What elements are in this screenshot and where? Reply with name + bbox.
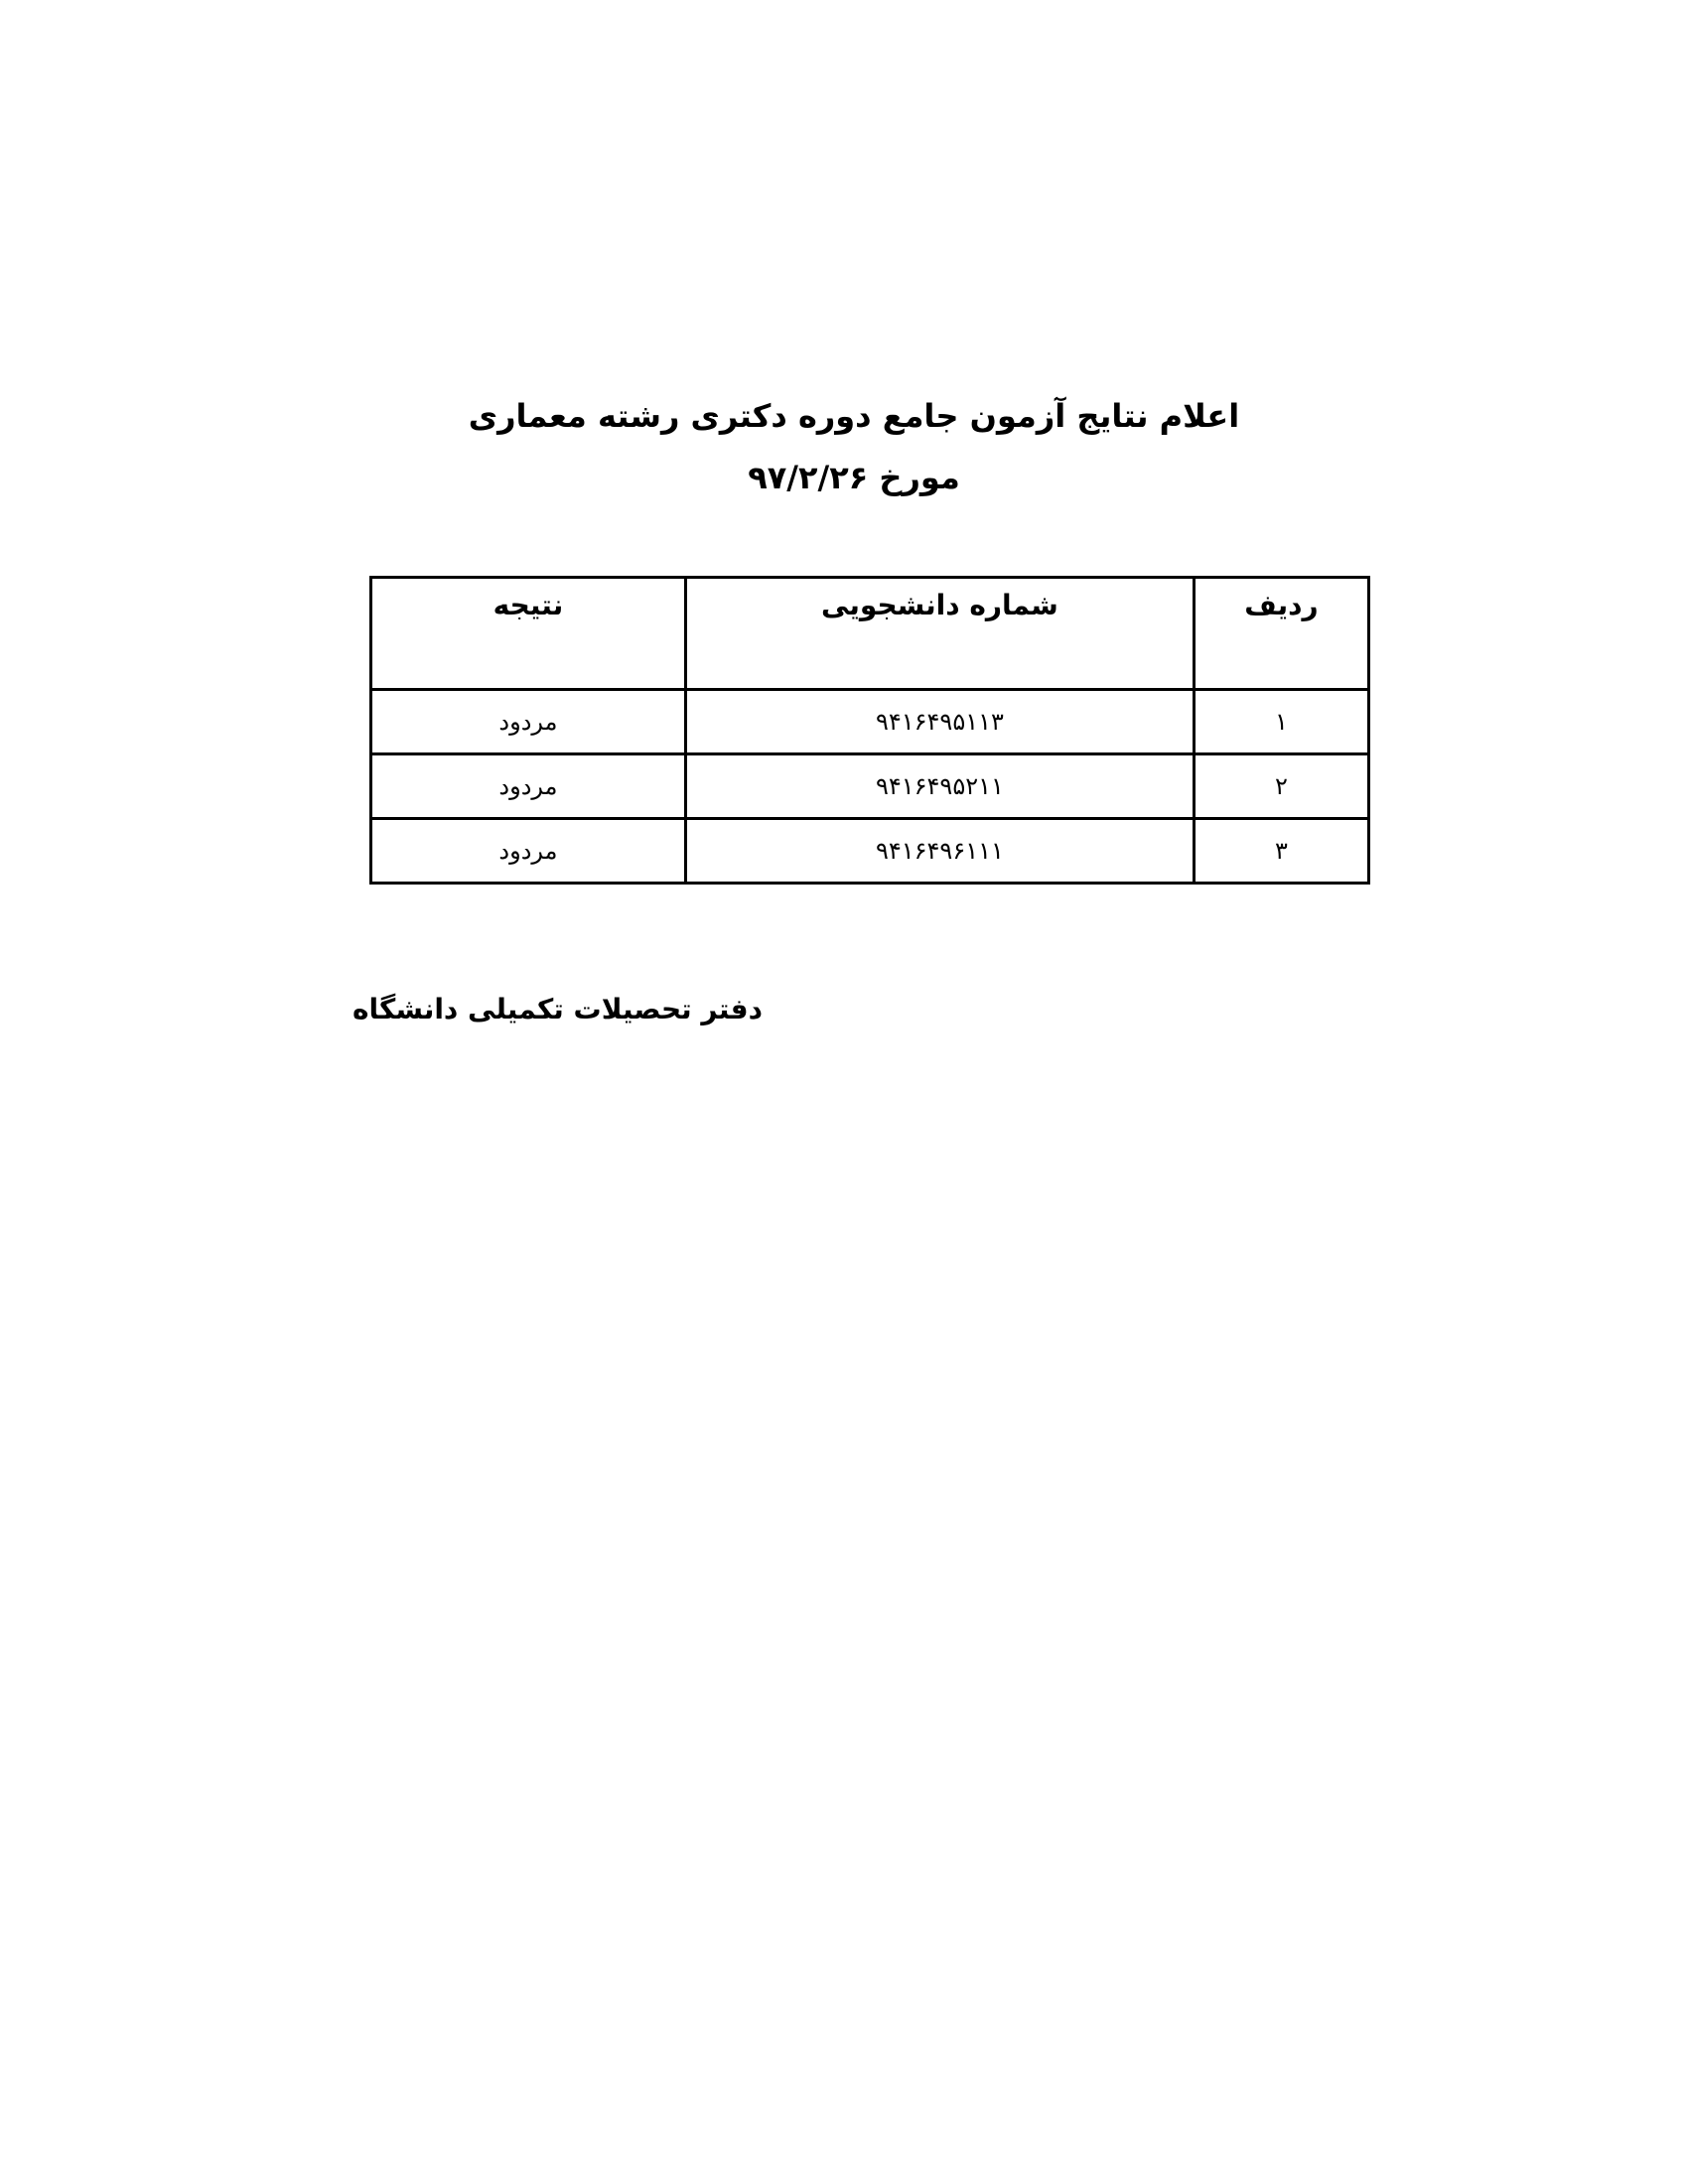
cell-result: مردود: [371, 754, 686, 819]
cell-result: مردود: [371, 690, 686, 754]
cell-row-number: ۲: [1194, 754, 1368, 819]
table-row: ۳ ۹۴۱۶۴۹۶۱۱۱ مردود: [371, 819, 1369, 884]
document-title: اعلام نتایج آزمون جامع دوره دکتری رشته م…: [10, 397, 1688, 435]
cell-result: مردود: [371, 819, 686, 884]
cell-row-number: ۳: [1194, 819, 1368, 884]
cell-student-id: ۹۴۱۶۴۹۵۱۱۳: [685, 690, 1194, 754]
table-header-row: ردیف شماره دانشجویی نتیجه: [371, 578, 1369, 690]
cell-student-id: ۹۴۱۶۴۹۵۲۱۱: [685, 754, 1194, 819]
cell-row-number: ۱: [1194, 690, 1368, 754]
table-row: ۲ ۹۴۱۶۴۹۵۲۱۱ مردود: [371, 754, 1369, 819]
document-date: مورخ ۹۷/۲/۲۶: [10, 459, 1688, 496]
footer-signature: دفتر تحصیلات تکمیلی دانشگاه: [352, 993, 763, 1025]
results-table: ردیف شماره دانشجویی نتیجه ۱ ۹۴۱۶۴۹۵۱۱۳ م…: [369, 576, 1370, 885]
cell-student-id: ۹۴۱۶۴۹۶۱۱۱: [685, 819, 1194, 884]
header-result: نتیجه: [371, 578, 686, 690]
header-row-number: ردیف: [1194, 578, 1368, 690]
header-student-id: شماره دانشجویی: [685, 578, 1194, 690]
table-row: ۱ ۹۴۱۶۴۹۵۱۱۳ مردود: [371, 690, 1369, 754]
